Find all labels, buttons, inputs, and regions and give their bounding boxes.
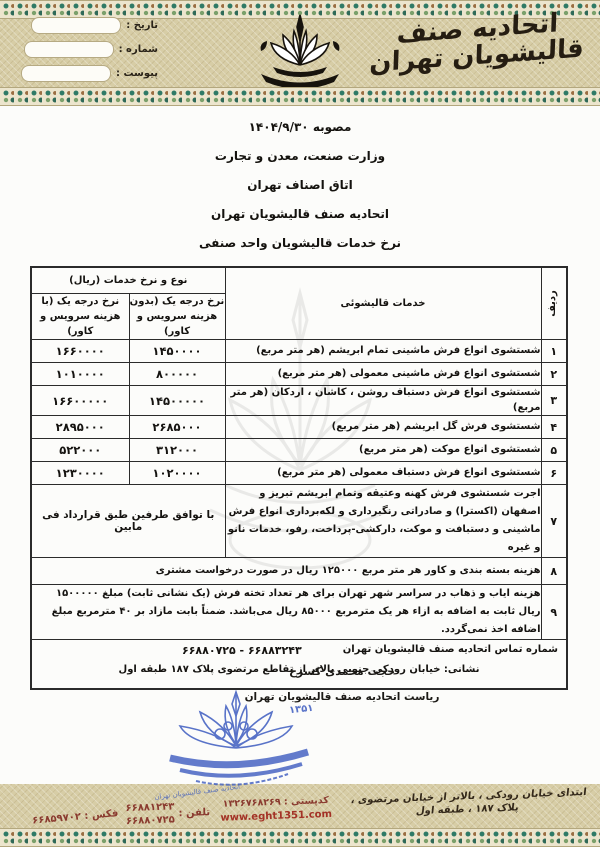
- document-page: تاریخ : شماره : پیوست :: [0, 0, 600, 847]
- ministry-line: وزارت صنعت، معدن و تجارت: [0, 142, 600, 171]
- row-number-cell: ۵: [541, 439, 567, 462]
- date-field: تاریخ :: [20, 17, 158, 33]
- row-number-cell: ۸: [541, 558, 567, 585]
- table-header-row-1: ردیف خدمات قالیشوئی نوع و نرخ خدمات (ریا…: [31, 267, 567, 294]
- price-with-cell: ۱۲۳۰۰۰۰: [31, 462, 129, 485]
- number-blank-box: [24, 41, 114, 58]
- intro-lines: مصوبه ۱۴۰۴/۹/۳۰ وزارت صنعت، معدن و تجارت…: [0, 113, 600, 258]
- footer-fax: فکس : ۶۶۸۵۹۷۰۲: [32, 808, 119, 826]
- service-cell: شستشوی انواع موکت (هر متر مربع): [225, 439, 541, 462]
- contact-label: شماره تماس اتحادیه صنف قالیشویان تهران: [343, 644, 558, 655]
- union-emblem-icon: [247, 11, 353, 89]
- service-cell: اجرت شستشوی فرش کهنه وعتیقه وتمام ابریشم…: [225, 485, 541, 558]
- service-cell: شستشوی انواع فرش دستباف روشن ، کاشان ، ا…: [225, 386, 541, 416]
- row-number-cell: ۳: [541, 386, 567, 416]
- row-number-cell: ۹: [541, 585, 567, 640]
- union-stamp: ۱۳۵۱ اتحادیه صنف قالیشویان تهران: [136, 686, 341, 798]
- price-without-cell: ۲۶۸۵۰۰۰: [129, 416, 225, 439]
- table-row: ۵ شستشوی انواع موکت (هر متر مربع) ۳۱۲۰۰۰…: [31, 439, 567, 462]
- footer-address-calligraphy: ابتدای خیابان رودکی ، بالاتر از خیابان م…: [341, 786, 595, 820]
- phone-label: تلفن :: [178, 807, 210, 819]
- table-row: ۶ شستشوی انواع فرش دستباف معمولی (هر متر…: [31, 462, 567, 485]
- letterhead-fields: تاریخ : شماره : پیوست :: [20, 17, 158, 89]
- ornament-border-header-bottom: [0, 87, 600, 106]
- row-number-header: ردیف: [541, 267, 567, 340]
- footer-phone-block: تلفن : ۶۶۸۸۱۲۴۳ ۶۶۸۸۰۷۲۵: [125, 799, 210, 829]
- signatory-name: حجت محمدی کسرخ: [222, 665, 462, 678]
- price-without-cell: ۱۴۵۰۰۰۰۰: [129, 386, 225, 416]
- attachment-blank-box: [21, 65, 111, 82]
- number-field: شماره :: [20, 41, 158, 57]
- table-row: ۲ شستشوی انواع فرش ماشینی معمولی (هر متر…: [31, 363, 567, 386]
- price-without-cell: ۸۰۰۰۰۰: [129, 363, 225, 386]
- rates-group-header: نوع و نرخ خدمات (ریال): [31, 267, 225, 294]
- price-with-cell: ۲۸۹۵۰۰۰: [31, 416, 129, 439]
- table-row-7: ۷ اجرت شستشوی فرش کهنه وعتیقه وتمام ابری…: [31, 485, 567, 558]
- table-row-9: ۹ هزینه ایاب و ذهاب در سراسر شهر تهران ب…: [31, 585, 567, 640]
- table-row: ۳ شستشوی انواع فرش دستباف روشن ، کاشان ،…: [31, 386, 567, 416]
- rate-without-cover-header: نرخ درجه یک (بدون هزینه سرویس و کاور): [129, 294, 225, 340]
- footer-postal-block: کدپستی : ۱۳۲۶۷۶۸۲۶۹ www.eght1351.com: [217, 794, 336, 825]
- row-number-cell: ۶: [541, 462, 567, 485]
- contact-phones: ۶۶۸۸۳۲۴۳ - ۶۶۸۸۰۷۲۵: [182, 644, 302, 657]
- row-number-cell: ۴: [541, 416, 567, 439]
- date-label: تاریخ :: [126, 20, 158, 31]
- number-label: شماره :: [119, 44, 158, 55]
- attachment-field: پیوست :: [20, 65, 158, 81]
- letterhead-band: تاریخ : شماره : پیوست :: [0, 0, 600, 104]
- service-cell: شستشوی انواع فرش ماشینی معمولی (هر متر م…: [225, 363, 541, 386]
- guilds-chamber-line: اتاق اصناف تهران: [0, 171, 600, 200]
- negotiated-rate-cell: با توافق طرفین طبق قرارداد فی مابین: [31, 485, 225, 558]
- service-cell: شستشوی انواع فرش ماشینی تمام ابریشم (هر …: [225, 340, 541, 363]
- rates-table: ردیف خدمات قالیشوئی نوع و نرخ خدمات (ریا…: [30, 266, 568, 690]
- table-row-8: ۸ هزینه بسته بندی و کاور هر متر مربع ۱۲۵…: [31, 558, 567, 585]
- union-title-calligraphy: اتحادیه صنف قالیشویان تهران: [367, 8, 586, 78]
- service-cell: شستشوی انواع فرش دستباف معمولی (هر متر م…: [225, 462, 541, 485]
- ratesheet-title-line: نرخ خدمات قالیشویان واحد صنفی: [0, 229, 600, 258]
- approval-date-line: مصوبه ۱۴۰۴/۹/۳۰: [0, 113, 600, 142]
- table-row: ۱ شستشوی انواع فرش ماشینی تمام ابریشم (ه…: [31, 340, 567, 363]
- union-name-line: اتحادیه صنف قالیشویان تهران: [0, 200, 600, 229]
- row-number-cell: ۲: [541, 363, 567, 386]
- date-blank-box: [31, 17, 121, 34]
- row-number-cell: ۷: [541, 485, 567, 558]
- rate-with-cover-header: نرخ درجه یک (با هزینه سرویس و کاور): [31, 294, 129, 340]
- attachment-label: پیوست :: [116, 68, 158, 79]
- service-cell: شستشوی فرش گل ابریشم (هر متر مربع): [225, 416, 541, 439]
- service-column-header: خدمات قالیشوئی: [225, 267, 541, 340]
- price-with-cell: ۵۲۲۰۰۰: [31, 439, 129, 462]
- price-with-cell: ۱۶۶۰۰۰۰۰: [31, 386, 129, 416]
- union-contact-line: شماره تماس اتحادیه صنف قالیشویان تهران ۶…: [32, 640, 566, 664]
- phone-number-2: ۶۶۸۸۰۷۲۵: [126, 813, 175, 828]
- price-without-cell: ۳۱۲۰۰۰: [129, 439, 225, 462]
- ornament-border-page-bottom: [0, 828, 600, 847]
- price-with-cell: ۱۶۶۰۰۰۰: [31, 340, 129, 363]
- price-with-cell: ۱۰۱۰۰۰۰: [31, 363, 129, 386]
- table-row: ۴ شستشوی فرش گل ابریشم (هر متر مربع) ۲۶۸…: [31, 416, 567, 439]
- row-number-cell: ۱: [541, 340, 567, 363]
- packing-cost-cell: هزینه بسته بندی و کاور هر متر مربع ۱۲۵۰۰…: [31, 558, 541, 585]
- price-without-cell: ۱۰۲۰۰۰۰: [129, 462, 225, 485]
- transport-cost-cell: هزینه ایاب و ذهاب در سراسر شهر تهران برا…: [31, 585, 541, 640]
- price-without-cell: ۱۴۵۰۰۰۰: [129, 340, 225, 363]
